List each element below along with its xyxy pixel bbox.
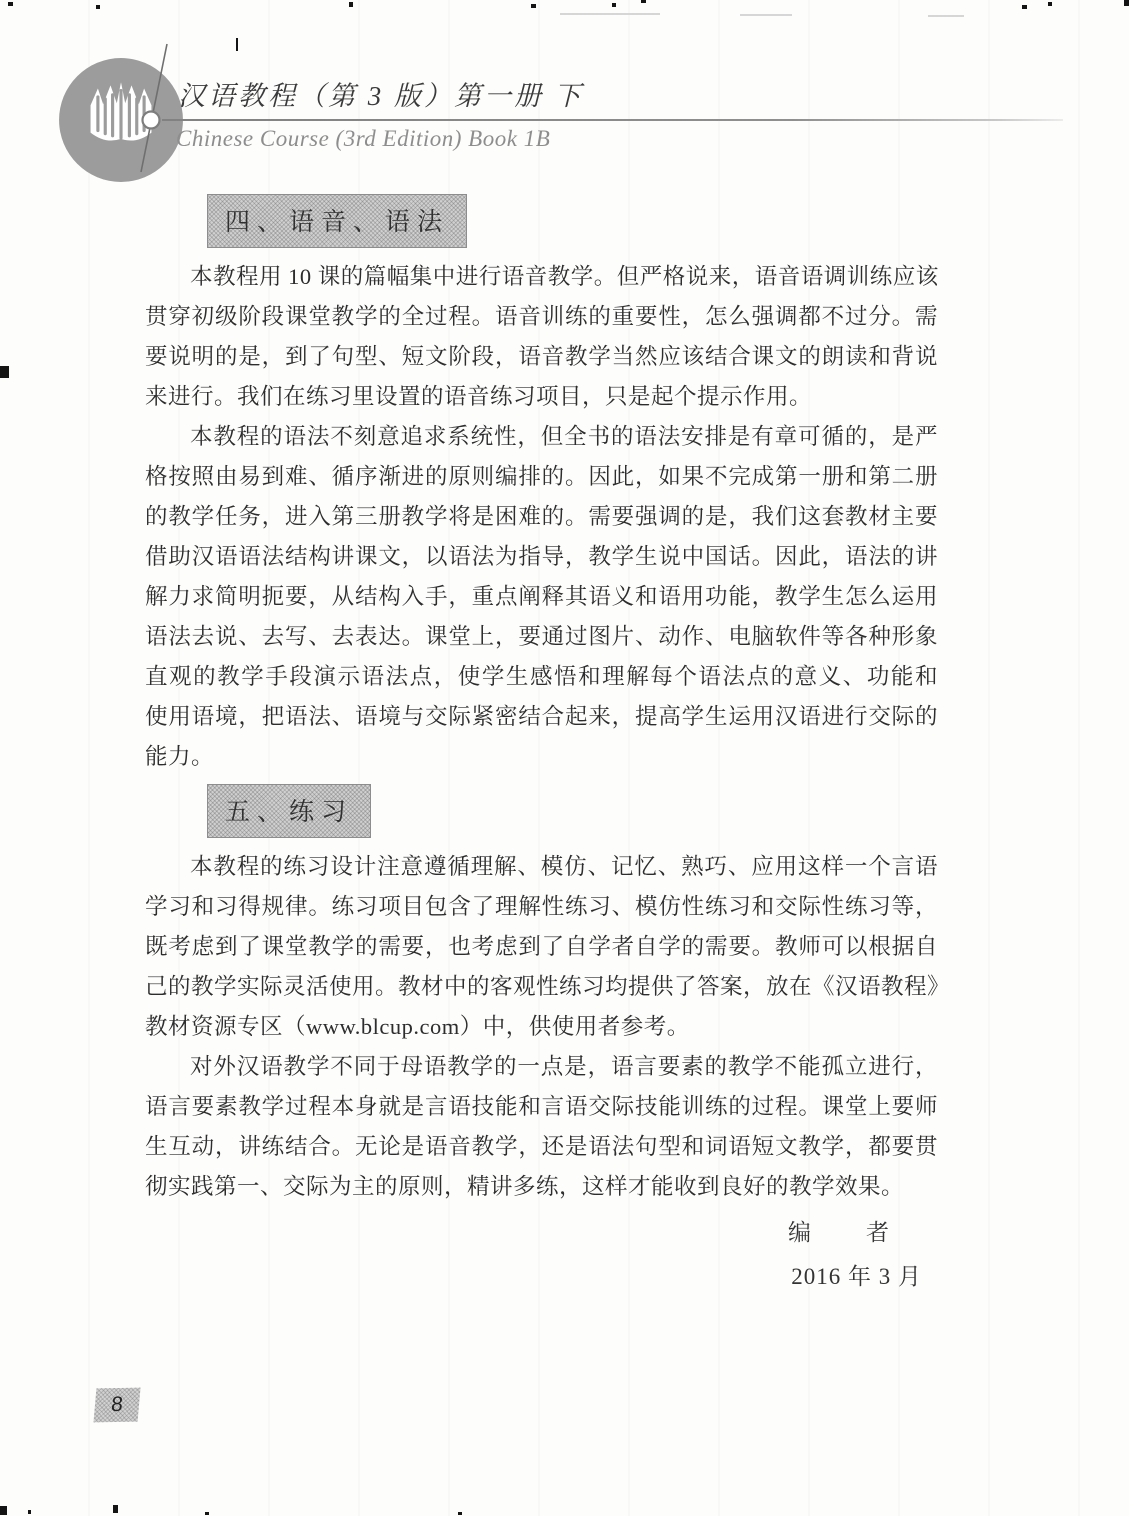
text-line: 本教程的练习设计注意遵循理解、模仿、记忆、熟巧、应用这样一个言语	[145, 847, 938, 887]
section-heading-phonetics-grammar: 四、语音、语法	[207, 194, 467, 248]
header-rule	[162, 119, 1063, 121]
text-line: 学习和习得规律。练习项目包含了理解性练习、模仿性练习和交际性练习等，	[145, 887, 938, 927]
text-line: 己的教学实际灵活使用。教材中的客观性练习均提供了答案，放在《汉语教程》	[145, 967, 938, 1007]
text-line: 生互动，讲练结合。无论是语音教学，还是语法句型和词语短文教学，都要贯	[145, 1127, 938, 1167]
paragraph: 本教程的练习设计注意遵循理解、模仿、记忆、熟巧、应用这样一个言语学习和习得规律。…	[145, 847, 938, 1047]
section-heading-exercises: 五、练习	[207, 784, 371, 838]
text-line: 贯穿初级阶段课堂教学的全过程。语音训练的重要性，怎么强调都不过分。需	[145, 297, 938, 337]
text-line: 的教学任务，进入第三册教学将是困难的。需要强调的是，我们这套教材主要	[145, 497, 938, 537]
text-line: 教材资源专区（www.blcup.com）中，供使用者参考。	[145, 1007, 938, 1047]
text-line: 语法去说、去写、去表达。课堂上，要通过图片、动作、电脑软件等各种形象	[145, 617, 938, 657]
section-exercises: 五、练习 本教程的练习设计注意遵循理解、模仿、记忆、熟巧、应用这样一个言语学习和…	[145, 777, 938, 1207]
paragraph: 对外汉语教学不同于母语教学的一点是，语言要素的教学不能孤立进行，语言要素教学过程…	[145, 1047, 938, 1207]
section-phonetics-grammar: 四、语音、语法 本教程用 10 课的篇幅集中进行语音教学。但严格说来，语音语调训…	[145, 194, 938, 777]
page-body: 四、语音、语法 本教程用 10 课的篇幅集中进行语音教学。但严格说来，语音语调训…	[145, 194, 938, 1299]
text-line: 格按照由易到难、循序渐进的原则编排的。因此，如果不完成第一册和第二册	[145, 457, 938, 497]
text-line: 要说明的是，到了句型、短文阶段，语音教学当然应该结合课文的朗读和背说	[145, 337, 938, 377]
book-title-english: Chinese Course (3rd Edition) Book 1B	[176, 126, 550, 152]
text-line: 解力求简明扼要，从结构入手，重点阐释其语义和语用功能，教学生怎么运用	[145, 577, 938, 617]
text-line: 彻实践第一、交际为主的原则，精讲多练，这样才能收到良好的教学效果。	[145, 1167, 938, 1207]
book-title-chinese: 汉语教程（第 3 版）第一册 下	[178, 74, 584, 113]
text-line: 本教程用 10 课的篇幅集中进行语音教学。但严格说来，语音语调训练应该	[145, 257, 938, 297]
text-line: 对外汉语教学不同于母语教学的一点是，语言要素的教学不能孤立进行，	[145, 1047, 938, 1087]
text-line: 借助汉语语法结构讲课文，以语法为指导，教学生说中国话。因此，语法的讲	[145, 537, 938, 577]
closing-block: 编 者 2016 年 3 月	[145, 1211, 938, 1299]
section-paragraphs: 本教程的练习设计注意遵循理解、模仿、记忆、熟巧、应用这样一个言语学习和习得规律。…	[145, 847, 938, 1207]
text-line: 本教程的语法不刻意追求系统性，但全书的语法安排是有章可循的，是严	[145, 417, 938, 457]
paragraph: 本教程用 10 课的篇幅集中进行语音教学。但严格说来，语音语调训练应该贯穿初级阶…	[145, 257, 938, 417]
section-paragraphs: 本教程用 10 课的篇幅集中进行语音教学。但严格说来，语音语调训练应该贯穿初级阶…	[145, 257, 938, 777]
page-number: 8	[93, 1388, 140, 1423]
text-line: 既考虑到了课堂教学的需要，也考虑到了自学者自学的需要。教师可以根据自	[145, 927, 938, 967]
scanned-page: 汉语教程（第 3 版）第一册 下 Chinese Course (3rd Edi…	[0, 0, 1129, 1516]
text-line: 使用语境，把语法、语境与交际紧密结合起来，提高学生运用汉语进行交际的	[145, 697, 938, 737]
text-line: 来进行。我们在练习里设置的语音练习项目，只是起个提示作用。	[145, 377, 938, 417]
paragraph: 本教程的语法不刻意追求系统性，但全书的语法安排是有章可循的，是严格按照由易到难、…	[145, 417, 938, 777]
editor-signature: 编 者	[145, 1211, 938, 1255]
text-line: 直观的教学手段演示语法点，使学生感悟和理解每个语法点的意义、功能和	[145, 657, 938, 697]
publication-date: 2016 年 3 月	[145, 1255, 938, 1299]
text-line: 语言要素教学过程本身就是言语技能和言语交际技能训练的过程。课堂上要师	[145, 1087, 938, 1127]
text-line: 能力。	[145, 737, 938, 777]
